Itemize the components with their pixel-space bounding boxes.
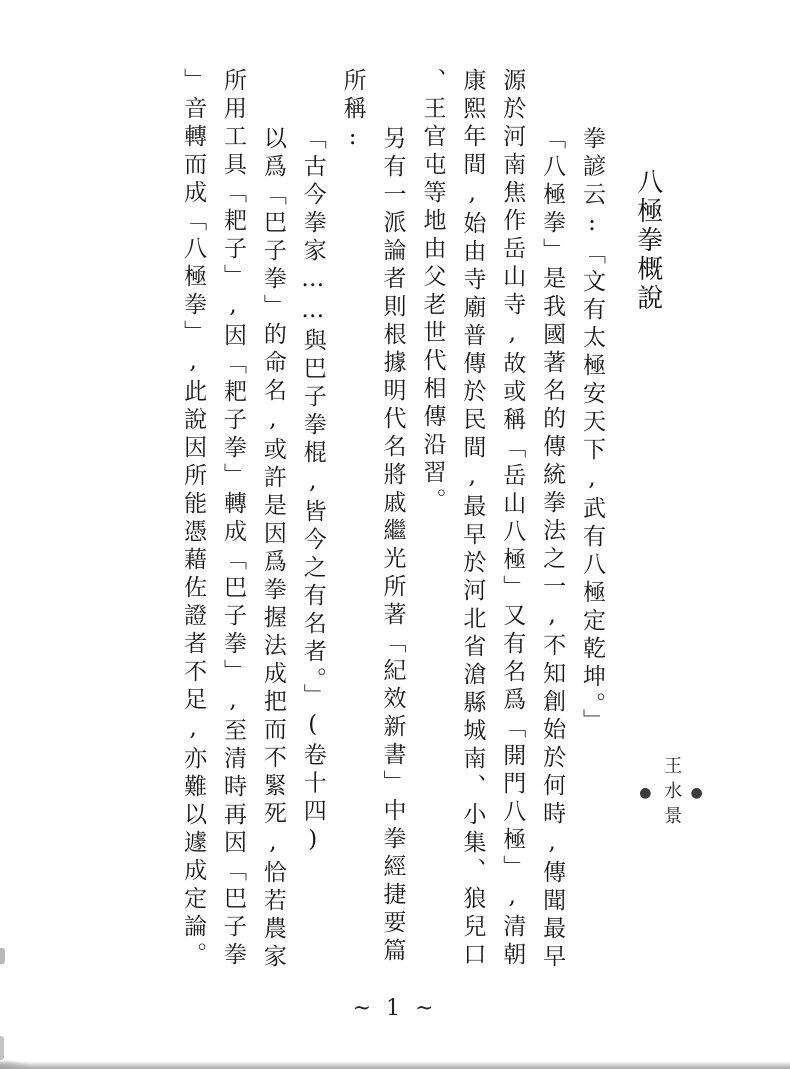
author-bullet-top: ●: [685, 782, 707, 806]
author-block: ● 王水景 ●: [634, 756, 708, 831]
scan-artifact: [0, 948, 5, 964]
scan-edge: [0, 1061, 790, 1069]
text-column: 所稱:: [337, 68, 367, 1018]
text-column: 」音轉而成「八極拳」,此說因所能憑藉佐證者不足,亦難以遽成定論。: [177, 68, 207, 1018]
text-column: 、王官屯等地由父老世代相傳沿習。: [417, 68, 447, 1018]
author-name: 王水景: [656, 756, 685, 831]
author-bullet-bottom: ●: [634, 782, 656, 806]
page-number: ~ 1 ~: [0, 996, 790, 1021]
text-column: 「古今拳家……與巴子拳棍,皆今之有名者。」(卷十四): [297, 68, 327, 1018]
text-column: 源於河南焦作岳山寺,故或稱「岳山八極」又有名爲「開門八極」,清朝: [496, 68, 526, 1018]
document-page: 八極拳概說 ● 王水景 ● 拳諺云:「文有太極安天下,武有八極定乾坤。」 「八極…: [0, 0, 790, 1069]
text-column: 以爲「巴子拳」的命名,或許是因爲拳握法成把而不緊死,恰若農家: [257, 68, 287, 1018]
text-column: 「八極拳」是我國著名的傳統拳法之一,不知創始於何時,傳聞最早: [536, 68, 566, 1018]
text-column: 康熙年間,始由寺廟普傳於民間,最早於河北省滄縣城南、小集、狼兒口: [456, 68, 486, 1018]
text-column: 拳諺云:「文有太極安天下,武有八極定乾坤。」: [576, 68, 606, 1018]
body-text: 拳諺云:「文有太極安天下,武有八極定乾坤。」 「八極拳」是我國著名的傳統拳法之一…: [172, 68, 606, 1018]
text-column: 另有一派論者則根據明代名將戚繼光所著「紀效新書」中拳經捷要篇: [377, 68, 407, 1018]
scan-artifact: [0, 1036, 4, 1060]
document-title: 八極拳概說: [630, 168, 664, 313]
text-column: 所用工具「耙子」,因「耙子拳」轉成「巴子拳」,至清時再因「巴子拳: [217, 68, 247, 1018]
